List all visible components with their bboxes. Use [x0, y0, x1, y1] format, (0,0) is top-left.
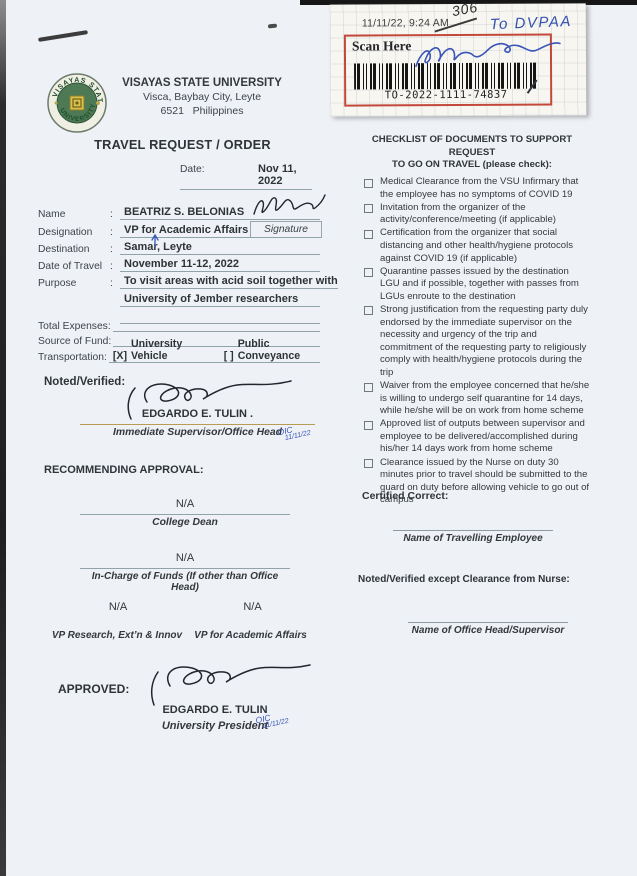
vp-research-title-block: VP Research, Ext’n & Innov	[42, 625, 192, 643]
checklist-item: Invitation from the organizer of the act…	[364, 202, 590, 227]
public-conveyance-checkbox: [ ]	[220, 350, 238, 362]
vp-research-na: N/A	[58, 597, 178, 615]
approved-label: APPROVED:	[58, 682, 129, 696]
public-conveyance-label: Public Conveyance	[238, 338, 320, 362]
letterhead: VISAYAS STATE UNIVERSITY Visca, Baybay C…	[103, 76, 301, 118]
checklist-item-text: Certification from the organizer that so…	[380, 227, 590, 265]
checklist: Medical Clearance from the VSU Infirmary…	[364, 176, 590, 507]
travel-date-label: Date of Travel	[38, 261, 110, 272]
travel-date-value: November 11-12, 2022	[120, 258, 320, 272]
checklist-item: Waiver from the employee concerned that …	[364, 380, 590, 418]
funds-value: N/A	[176, 552, 194, 564]
blank-line	[408, 602, 568, 623]
supervisor-name: EDGARDO E. TULIN .	[142, 408, 253, 420]
scan-here-box: Scan Here TO-2022-1111-74837	[344, 34, 552, 107]
checklist-item: Quarantine passes issued by the destinat…	[364, 266, 590, 304]
vp-academic-na: N/A	[195, 597, 310, 615]
expense-fields: Total Expenses: Source of Fund: Transpor…	[38, 317, 320, 363]
vsu-seal-logo: VISAYAS STATE UNIVERSITY	[46, 72, 108, 134]
purpose-line-2: University of Jember researchers	[120, 293, 320, 307]
designation-label: Designation	[38, 227, 110, 238]
president-signature	[140, 658, 325, 706]
college-dean-title: College Dean	[80, 517, 290, 528]
recommending-approval-label: RECOMMENDING APPROVAL:	[44, 464, 204, 476]
checkbox-icon	[364, 230, 373, 239]
date-field: Date: Nov 11, 2022	[180, 163, 312, 190]
university-name: VISAYAS STATE UNIVERSITY	[103, 76, 301, 90]
purpose-field: Purpose : To visit areas with acid soil …	[38, 272, 320, 289]
blue-ink-tick-mark	[150, 233, 160, 247]
purpose-label: Purpose	[38, 278, 110, 289]
scan-here-label: Scan Here	[352, 38, 411, 54]
colon: :	[110, 209, 120, 220]
date-value: Nov 11, 2022	[258, 163, 312, 187]
staple-mark	[38, 30, 88, 42]
barcode-number: TO-2022-1111-74837	[346, 89, 546, 102]
checklist-item-text: Invitation from the organizer of the act…	[380, 202, 590, 227]
noted-except-nurse-label: Noted/Verified except Clearance from Nur…	[358, 574, 570, 585]
noted-verified-label: Noted/Verified:	[44, 376, 125, 388]
vp-research-title: VP Research, Ext’n & Innov	[52, 630, 182, 641]
transportation-field: Transportation: [X] University Vehicle […	[38, 347, 320, 362]
handwritten-page-number: 306	[451, 0, 480, 19]
college-dean-block: N/A College Dean	[80, 494, 290, 528]
purpose-field-line2: University of Jember researchers	[38, 289, 320, 306]
checklist-item: Strong justification from the requesting…	[364, 304, 590, 380]
checklist-title: CHECKLIST OF DOCUMENTS TO SUPPORT REQUES…	[352, 134, 592, 172]
colon: :	[110, 261, 120, 272]
designation-field: Designation : VP for Academic Affairs Si…	[38, 220, 320, 237]
checkbox-icon	[364, 268, 373, 277]
blank-line	[113, 318, 320, 332]
ink-smudge	[268, 24, 277, 29]
request-fields: Name : BEATRIZ S. BELONIAS Designation :…	[38, 203, 320, 324]
checklist-item-text: Waiver from the employee concerned that …	[380, 380, 590, 418]
checkbox-icon	[364, 421, 373, 430]
office-head-caption: Name of Office Head/Supervisor	[408, 625, 568, 636]
name-field: Name : BEATRIZ S. BELONIAS	[38, 203, 320, 220]
checklist-item: Approved list of outputs between supervi…	[364, 418, 590, 456]
handwritten-routing-note: To DVPAA	[489, 13, 572, 33]
in-charge-funds-block: N/A In-Charge of Funds (If other than Of…	[80, 548, 290, 593]
date-label: Date:	[180, 164, 252, 175]
checkbox-icon	[364, 306, 373, 315]
total-expenses-field: Total Expenses:	[38, 317, 320, 332]
checklist-item: Certification from the organizer that so…	[364, 227, 590, 265]
vp-academic-value: N/A	[243, 601, 261, 613]
checklist-item-text: Approved list of outputs between supervi…	[380, 418, 590, 456]
college-dean-value: N/A	[176, 498, 194, 510]
signature-box-label: Signature	[250, 221, 322, 238]
blank-line	[393, 510, 553, 531]
checklist-item-text: Medical Clearance from the VSU Infirmary…	[380, 176, 590, 201]
colon: :	[110, 227, 120, 238]
vp-academic-title-block: VP for Academic Affairs	[188, 625, 313, 643]
transportation-label: Transportation:	[38, 352, 109, 363]
designation-value: VP for Academic Affairs	[120, 224, 250, 238]
university-vehicle-checkbox: [X]	[109, 350, 131, 362]
destination-label: Destination	[38, 244, 110, 255]
travelling-employee-caption: Name of Travelling Employee	[393, 533, 553, 544]
address-line-2: 6521 Philippines	[103, 104, 301, 118]
checkbox-icon	[364, 459, 373, 468]
source-of-fund-label: Source of Fund:	[38, 336, 113, 347]
certified-correct-label: Certified Correct:	[362, 490, 448, 502]
destination-field: Destination : Samar, Leyte	[38, 238, 320, 255]
university-vehicle-label: University Vehicle	[131, 338, 208, 362]
colon: :	[110, 278, 120, 289]
checkbox-icon	[364, 204, 373, 213]
received-timestamp: 11/11/22, 9:24 AM	[362, 17, 449, 29]
purpose-line-1: To visit areas with acid soil together w…	[120, 275, 338, 289]
routing-sticker: 11/11/22, 9:24 AM 306 To DVPAA Scan Here…	[330, 3, 587, 116]
travel-date-field: Date of Travel : November 11-12, 2022	[38, 255, 320, 272]
employee-signature	[251, 190, 327, 220]
checklist-title-line-2: TO GO ON TRAVEL (please check):	[352, 159, 592, 172]
document-title: TRAVEL REQUEST / ORDER	[55, 137, 310, 152]
total-expenses-label: Total Expenses:	[38, 321, 113, 332]
scan-edge-left	[0, 0, 6, 876]
funds-title: In-Charge of Funds (If other than Office…	[80, 571, 290, 593]
scanned-travel-request-document: 11/11/22, 9:24 AM 306 To DVPAA Scan Here…	[0, 0, 637, 876]
checklist-item: Medical Clearance from the VSU Infirmary…	[364, 176, 590, 201]
travelling-employee-signature-line: Name of Travelling Employee	[393, 510, 553, 544]
checkbox-icon	[364, 383, 373, 392]
address-line-1: Visca, Baybay City, Leyte	[103, 90, 301, 104]
checklist-item-text: Strong justification from the requesting…	[380, 304, 590, 380]
blue-ink-signature-scribble	[412, 35, 562, 78]
checklist-item-text: Quarantine passes issued by the destinat…	[380, 266, 590, 304]
checkbox-icon	[364, 179, 373, 188]
vp-academic-title: VP for Academic Affairs	[194, 630, 307, 641]
colon: :	[110, 244, 120, 255]
president-name: EDGARDO E. TULIN	[162, 704, 267, 716]
vp-research-value: N/A	[109, 601, 127, 613]
checklist-title-line-1: CHECKLIST OF DOCUMENTS TO SUPPORT REQUES…	[352, 134, 592, 159]
office-head-signature-line: Name of Office Head/Supervisor	[408, 602, 568, 636]
name-label: Name	[38, 209, 110, 220]
transportation-value: [X] University Vehicle [ ] Public Convey…	[109, 347, 320, 363]
